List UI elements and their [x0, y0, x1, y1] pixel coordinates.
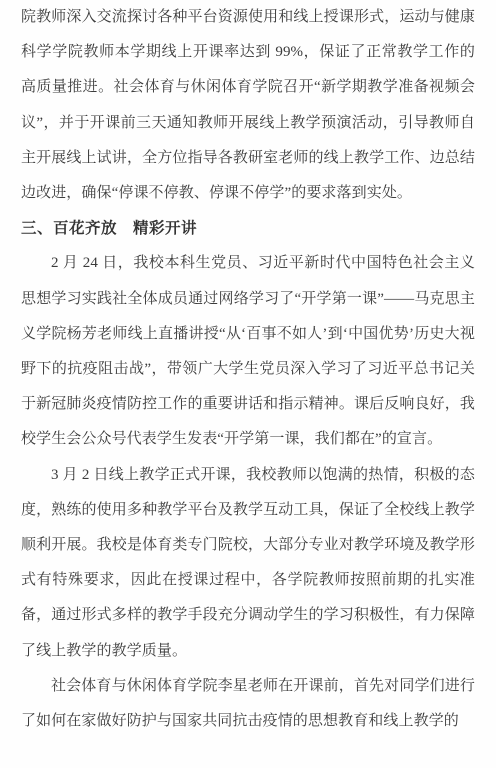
document-page: 院教师深入交流探讨各种平台资源使用和线上授课形式，运动与健康科学学院教师本学期线…	[0, 0, 496, 768]
section-heading: 三、百花齐放 精彩开讲	[21, 211, 475, 246]
paragraph-opening-class: 2 月 24 日，我校本科生党员、习近平新时代中国特色社会主义思想学习实践社全体…	[21, 246, 475, 457]
document-content: 院教师深入交流探讨各种平台资源使用和线上授课形式，运动与健康科学学院教师本学期线…	[21, 0, 475, 739]
paragraph-teacher-lixing: 社会体育与休闲体育学院李星老师在开课前，首先对同学们进行了如何在家做好防护与国家…	[21, 669, 475, 739]
paragraph-continuation: 院教师深入交流探讨各种平台资源使用和线上授课形式，运动与健康科学学院教师本学期线…	[21, 0, 475, 211]
paragraph-online-teaching-start: 3 月 2 日线上教学正式开课，我校教师以饱满的热情，积极的态度，熟练的使用多种…	[21, 458, 475, 669]
